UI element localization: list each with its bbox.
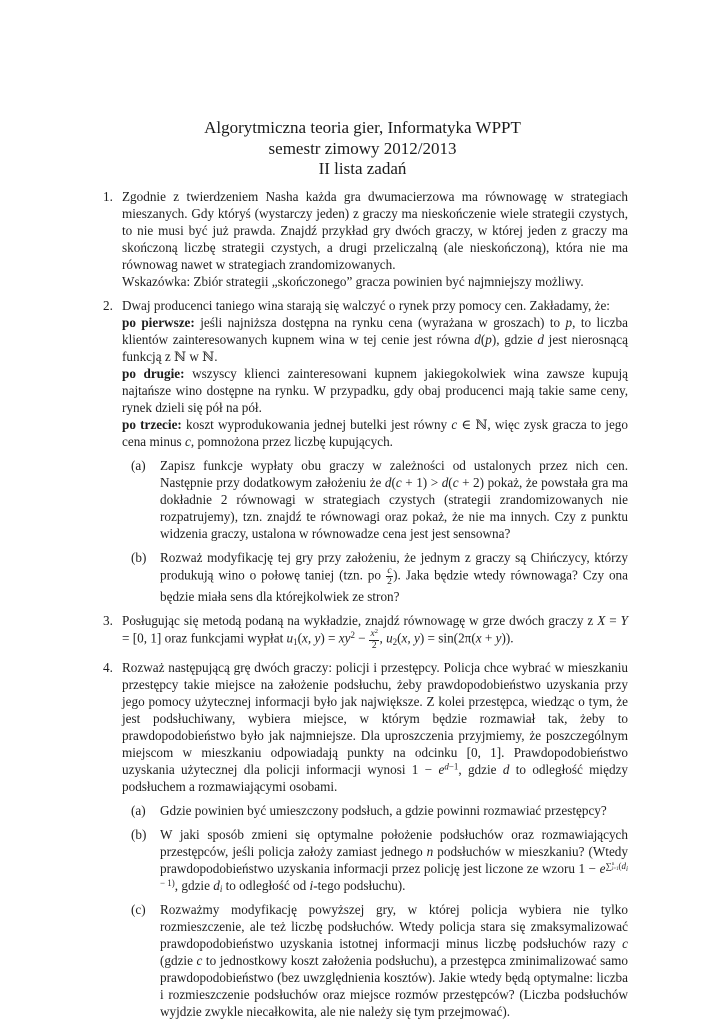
subproblem: (a)Zapisz funkcje wypłaty obu graczy w z… [160, 457, 628, 542]
paragraph: Dwaj producenci taniego wina starają się… [122, 297, 628, 314]
subproblem-label: (a) [131, 457, 146, 474]
problem-list: 1.Zgodnie z twierdzeniem Nasha każda gra… [122, 188, 628, 1021]
subproblem: (b)Rozważ modyfikację tej gry przy założ… [160, 549, 628, 606]
subproblem: (b)W jaki sposób zmieni się optymalne po… [160, 826, 628, 894]
problem-number: 2. [103, 297, 113, 314]
problem-2: 2.Dwaj producenci taniego wina starają s… [122, 297, 628, 606]
problem-4: 4.Rozważ następującą grę dwóch graczy: p… [122, 659, 628, 1020]
paragraph: po drugie: wszyscy klienci zainteresowan… [122, 365, 628, 416]
problem-number: 3. [103, 612, 113, 629]
semester-subtitle: semestr zimowy 2012/2013 [0, 139, 725, 160]
paragraph: Posługując się metodą podaną na wykładzi… [122, 612, 628, 652]
course-title: Algorytmiczna teoria gier, Informatyka W… [0, 118, 725, 139]
document-header: Algorytmiczna teoria gier, Informatyka W… [0, 0, 725, 180]
list-title: II lista zadań [0, 159, 725, 180]
paragraph: Zgodnie z twierdzeniem Nasha każda gra d… [122, 188, 628, 273]
problem-1: 1.Zgodnie z twierdzeniem Nasha każda gra… [122, 188, 628, 290]
subproblem-label: (a) [131, 802, 146, 819]
problem-number: 1. [103, 188, 113, 205]
problem-number: 4. [103, 659, 113, 676]
subproblem: (c)Rozważmy modyfikację powyższej gry, w… [160, 901, 628, 1020]
paragraph: Wskazówka: Zbiór strategii „skończonego”… [122, 273, 628, 290]
subproblem-label: (c) [131, 901, 146, 918]
problem-3: 3.Posługując się metodą podaną na wykład… [122, 612, 628, 652]
paragraph: Rozważ następującą grę dwóch graczy: pol… [122, 659, 628, 795]
paragraph: po trzecie: koszt wyprodukowania jednej … [122, 416, 628, 450]
sum-limits: ni=1 [612, 862, 619, 872]
paragraph: po pierwsze: jeśli najniższa dostępna na… [122, 314, 628, 365]
subproblem-label: (b) [131, 826, 146, 843]
subproblem-label: (b) [131, 549, 146, 566]
subproblem: (a)Gdzie powinien być umieszczony podsłu… [160, 802, 628, 819]
math-fraction: x22 [369, 629, 379, 652]
document-page: Algorytmiczna teoria gier, Informatyka W… [0, 0, 725, 1024]
